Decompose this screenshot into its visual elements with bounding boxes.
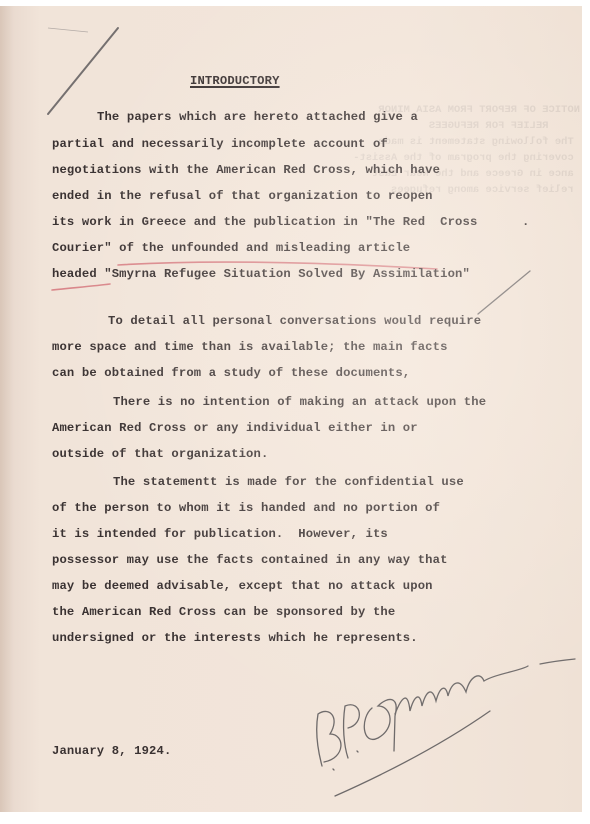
text-line: undersigned or the interests which he re… — [52, 631, 418, 645]
text-line: negotiations with the American Red Cross… — [52, 163, 440, 177]
pencil-slash-top — [48, 28, 118, 114]
text-line: its work in Greece and the publication i… — [52, 215, 477, 229]
text-line: of the person to whom it is handed and n… — [52, 501, 440, 515]
text-line: can be obtained from a study of these do… — [52, 366, 410, 380]
text-line: Courier" of the unfounded and misleading… — [52, 241, 410, 255]
pencil-slash-right — [478, 271, 530, 314]
text-line: possessor may use the facts contained in… — [52, 553, 448, 567]
signature — [317, 659, 575, 796]
document-title: INTRODUCTORY — [190, 74, 280, 88]
stray-mark: . — [522, 215, 529, 229]
text-line: There is no intention of making an attac… — [113, 395, 486, 409]
text-line: more space and time than is available; t… — [52, 340, 448, 354]
text-line: To detail all personal conversations wou… — [108, 314, 481, 328]
text-line: The papers which are hereto attached giv… — [97, 110, 418, 124]
text-line: headed "Smyrna Refugee Situation Solved … — [52, 267, 470, 281]
text-line: The statementt is made for the confident… — [113, 475, 464, 489]
text-line: it is intended for publication. However,… — [52, 527, 388, 541]
document-date: January 8, 1924. — [52, 744, 171, 758]
text-line: ended in the refusal of that organizatio… — [52, 189, 433, 203]
document-page: NOTICE OF REPORT FROM ASIA MINOR RELIEF … — [0, 6, 582, 812]
text-line: partial and necessarily incomplete accou… — [52, 137, 388, 151]
text-line: American Red Cross or any individual eit… — [52, 421, 418, 435]
red-underline-headed — [52, 284, 110, 290]
annotation-marks — [0, 6, 582, 812]
text-line: outside of that organization. — [52, 447, 268, 461]
text-line: the American Red Cross can be sponsored … — [52, 605, 395, 619]
text-line: may be deemed advisable, except that no … — [52, 579, 433, 593]
